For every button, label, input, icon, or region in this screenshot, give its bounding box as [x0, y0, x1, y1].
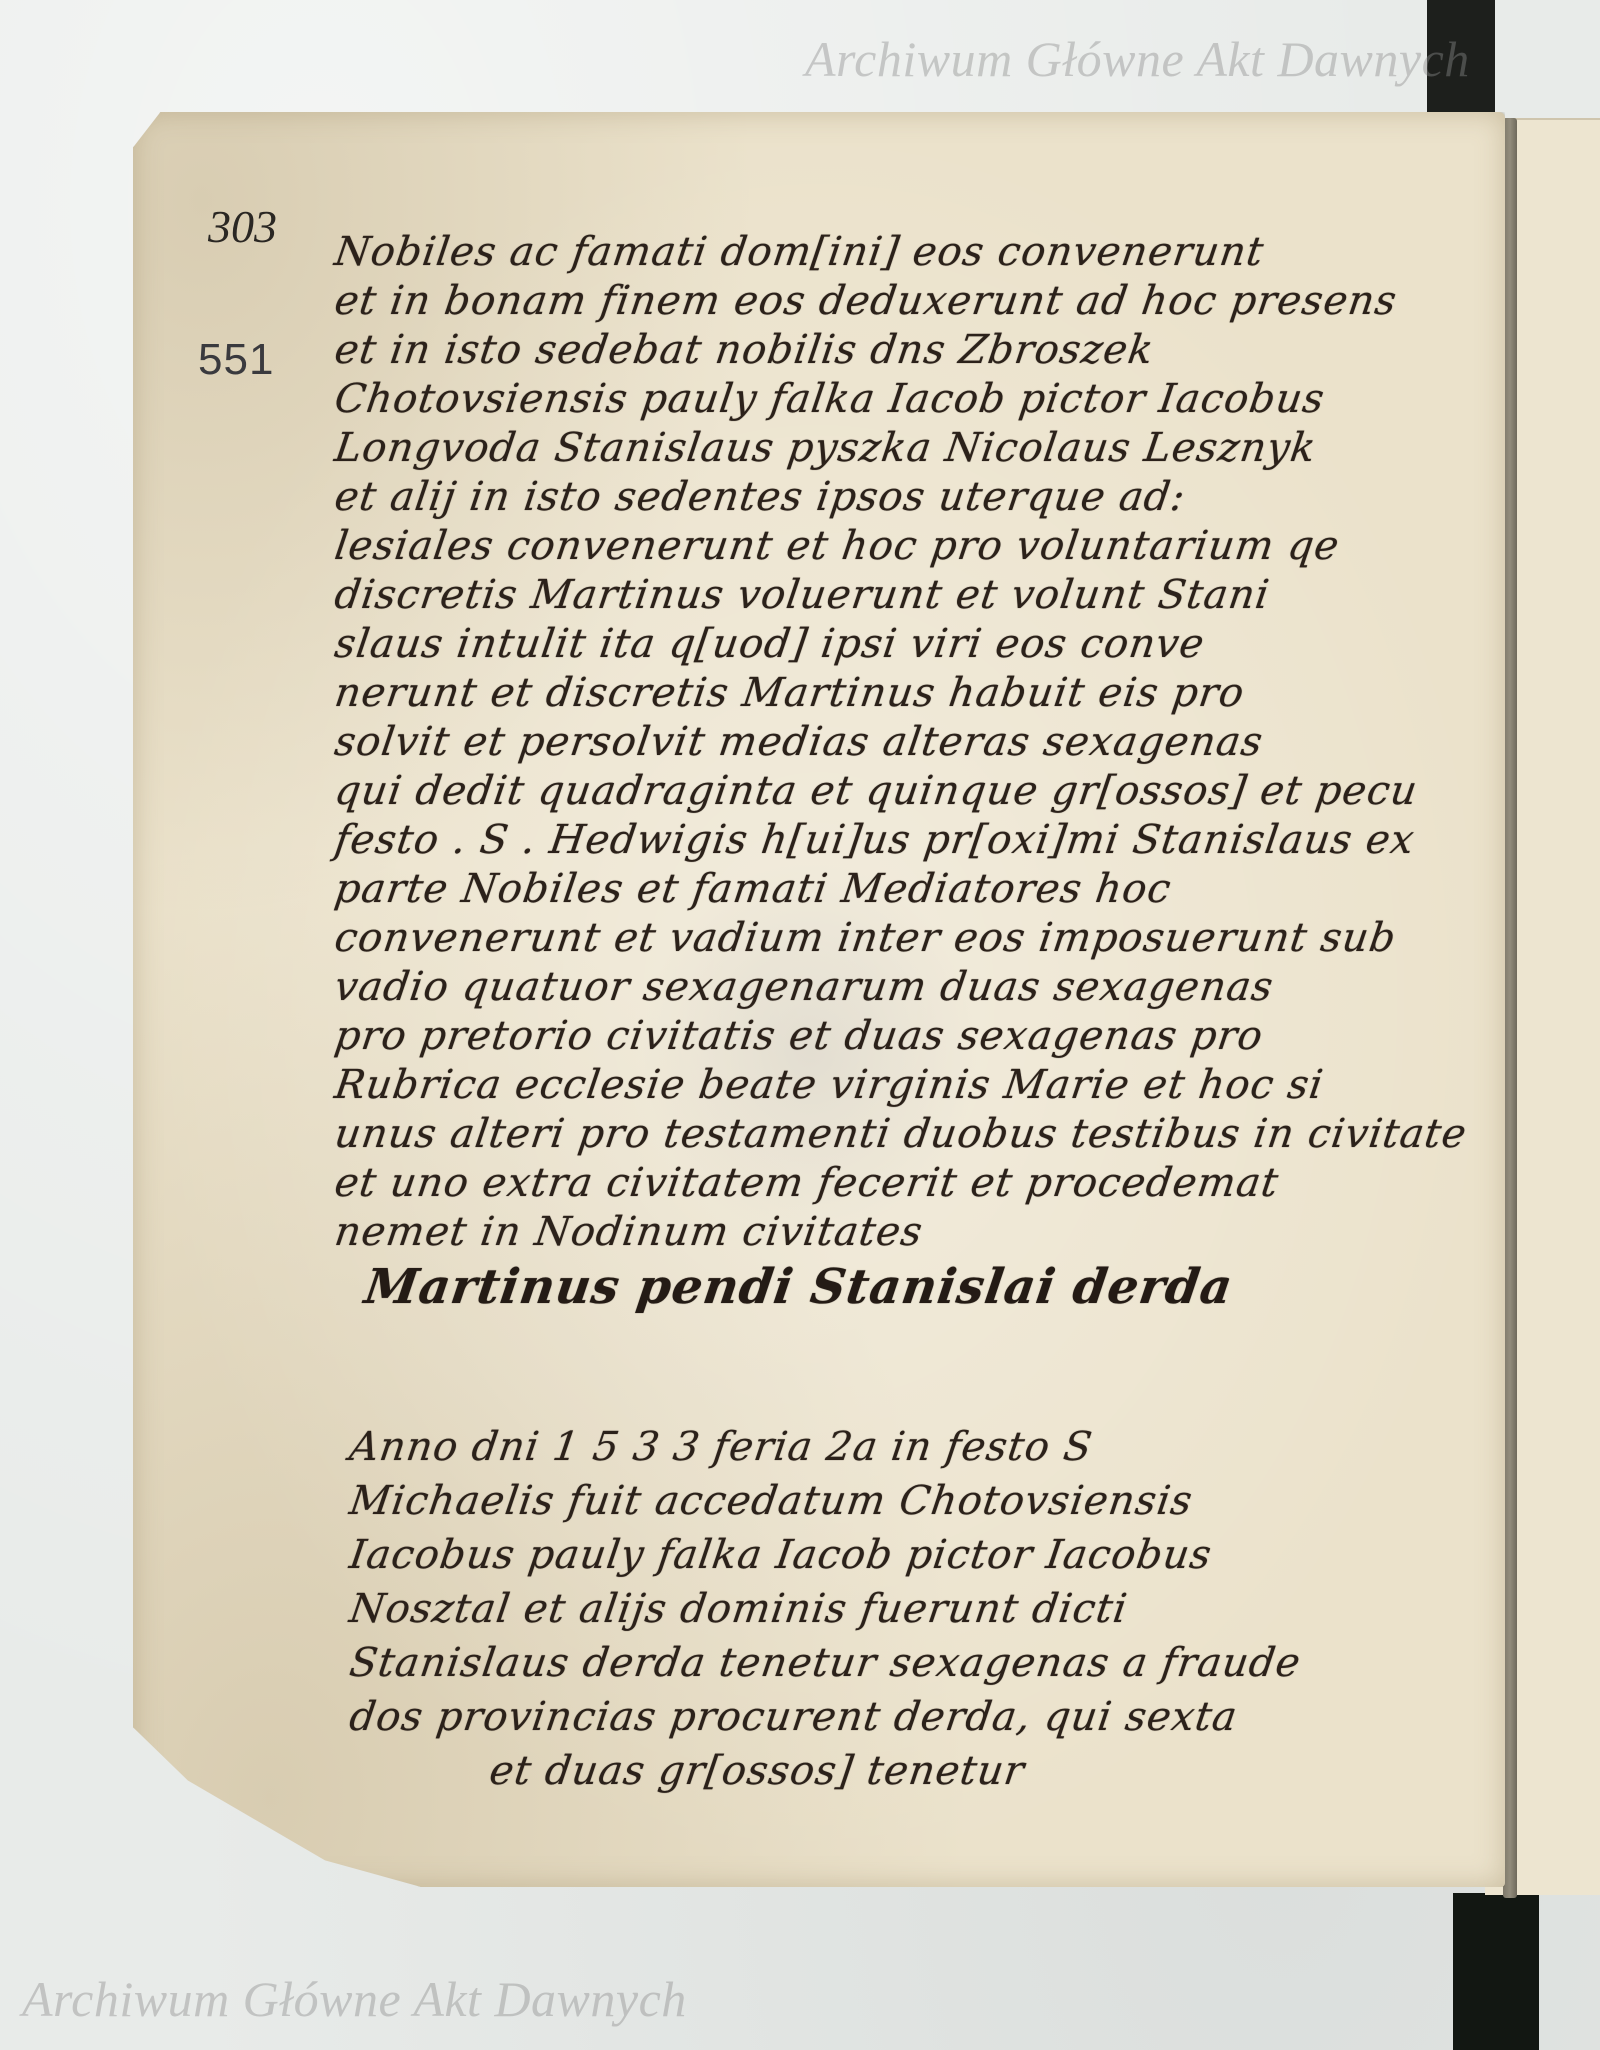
manuscript-line: convenerunt et vadium inter eos imposuer… — [332, 914, 1469, 963]
manuscript-line: Stanislaus derda tenetur sexagenas a fra… — [346, 1636, 1454, 1690]
manuscript-line: lesiales convenerunt et hoc pro voluntar… — [332, 522, 1469, 571]
manuscript-line: pro pretorio civitatis et duas sexagenas… — [332, 1012, 1469, 1061]
manuscript-line: Rubrica ecclesie beate virginis Marie et… — [332, 1061, 1469, 1110]
manuscript-heading: Martinus pendi Stanislai derda — [362, 1263, 1469, 1312]
manuscript-line: et in bonam finem eos deduxerunt ad hoc … — [332, 277, 1469, 326]
manuscript-line: et uno extra civitatem fecerit et proced… — [332, 1159, 1469, 1208]
manuscript-line: festo . S . Hedwigis h[ui]us pr[oxi]mi S… — [332, 816, 1469, 865]
manuscript-text-block-1: Nobiles ac famati dom[ini] eos conveneru… — [335, 228, 1465, 1318]
manuscript-line: Iacobus pauly falka Iacob pictor Iacobus — [346, 1528, 1454, 1582]
manuscript-text-block-2: Anno dni 1 5 3 3 feria 2a in festo S Mic… — [350, 1420, 1450, 1798]
manuscript-line: slaus intulit ita q[uod] ipsi viri eos c… — [332, 620, 1469, 669]
manuscript-line: Michaelis fuit accedatum Chotovsiensis — [346, 1474, 1454, 1528]
manuscript-line: unus alteri pro testamenti duobus testib… — [332, 1110, 1469, 1159]
archive-watermark-top: Archiwum Główne Akt Dawnych — [805, 30, 1470, 88]
manuscript-line: nemet in Nodinum civitates — [332, 1208, 1469, 1257]
manuscript-line: et alij in isto sedentes ipsos uterque a… — [332, 473, 1469, 522]
page-gutter — [1503, 118, 1517, 1898]
manuscript-line: Chotovsiensis pauly falka Iacob pictor I… — [332, 375, 1469, 424]
archive-page-number: 551 — [198, 335, 274, 385]
manuscript-line: qui dedit quadraginta et quinque gr[osso… — [332, 767, 1469, 816]
manuscript-line: vadio quatuor sexagenarum duas sexagenas — [332, 963, 1469, 1012]
manuscript-line: Nobiles ac famati dom[ini] eos conveneru… — [332, 228, 1469, 277]
manuscript-line: Longvoda Stanislaus pyszka Nicolaus Lesz… — [332, 424, 1469, 473]
manuscript-line: dos provincias procurent derda, qui sext… — [346, 1690, 1454, 1744]
manuscript-line: parte Nobiles et famati Mediatores hoc — [332, 865, 1469, 914]
manuscript-line: Anno dni 1 5 3 3 feria 2a in festo S — [346, 1420, 1454, 1474]
binding-strip-bottom — [1453, 1893, 1539, 2050]
manuscript-line: solvit et persolvit medias alteras sexag… — [332, 718, 1469, 767]
folio-number: 303 — [208, 200, 277, 253]
manuscript-line: et in isto sedebat nobilis dns Zbroszek — [332, 326, 1469, 375]
manuscript-line: nerunt et discretis Martinus habuit eis … — [332, 669, 1469, 718]
manuscript-line: discretis Martinus voluerunt et volunt S… — [332, 571, 1469, 620]
manuscript-final-line: et duas gr[ossos] tenetur — [486, 1744, 1454, 1798]
manuscript-line: Nosztal et alijs dominis fuerunt dicti — [346, 1582, 1454, 1636]
archive-watermark-bottom: Archiwum Główne Akt Dawnych — [22, 1970, 687, 2028]
